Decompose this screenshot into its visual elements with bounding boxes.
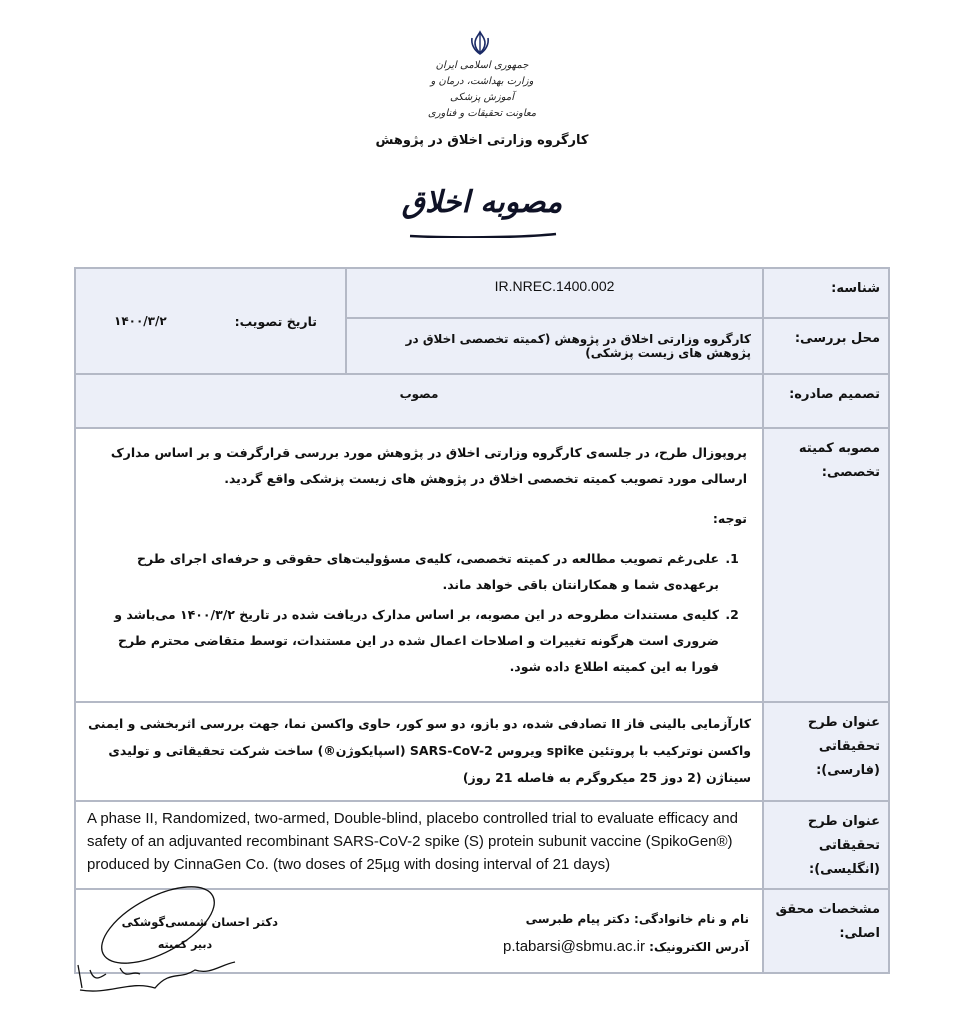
ministry-name: جمهوری اسلامی ایران وزارت بهداشت، درمان …	[420, 58, 544, 122]
approval-id: IR.NREC.1400.002	[348, 270, 761, 294]
location-label: محل بررسی:	[763, 318, 889, 374]
approval-label: مصوبه کمیته تخصصی:	[763, 428, 889, 702]
ministry-line: معاونت تحقیقات و فناوری	[420, 106, 544, 122]
table-row-persian-title: عنوان طرح تحقیقاتی (فارسی): کارآزمایی با…	[75, 702, 889, 801]
approval-date-value: ۱۴۰۰/۳/۲	[114, 314, 167, 328]
persian-title-label: عنوان طرح تحقیقاتی (فارسی):	[763, 702, 889, 801]
location-cell: کارگروه وزارتی اخلاق در پژوهش (کمیته تخص…	[346, 318, 763, 374]
table-row-approval: مصوبه کمیته تخصصی: پروپوزال طرح، در جلسه…	[75, 428, 889, 702]
decision-value: مصوب	[77, 376, 761, 401]
persian-title-cell: کارآزمایی بالینی فاز II تصادفی شده، دو ب…	[75, 702, 763, 801]
note-item: علی‌رغم تصویب مطالعه در کمیته تخصصی، کلی…	[91, 546, 721, 598]
investigator-label: مشخصات محقق اصلی:	[763, 889, 889, 973]
review-location: کارگروه وزارتی اخلاق در پژوهش (کمیته تخص…	[348, 320, 761, 360]
signature-icon	[60, 870, 260, 1000]
id-cell: IR.NREC.1400.002	[346, 268, 763, 318]
investigator-email[interactable]: p.tabarsi@sbmu.ac.ir	[503, 938, 645, 955]
signatory-name: دکتر احسان شمسی‌گوشکی	[118, 915, 278, 929]
english-title-label: عنوان طرح تحقیقاتی (انگلیسی):	[763, 801, 889, 889]
signature-block: دکتر احسان شمسی‌گوشکی دبیر کمیته	[60, 870, 260, 1000]
iran-emblem-icon	[468, 30, 492, 56]
note-label: توجه:	[91, 506, 747, 532]
document-title: مصوبه اخلاق	[0, 185, 964, 220]
notes-list: علی‌رغم تصویب مطالعه در کمیته تخصصی، کلی…	[91, 546, 747, 680]
title-flourish	[408, 232, 558, 238]
investigator-name: دکتر پیام طبرسی	[526, 912, 630, 926]
table-row-decision: تصمیم صادره: مصوب	[75, 374, 889, 428]
workgroup-heading: کارگروه وزارتی اخلاق در پژوهش	[0, 133, 964, 148]
approval-paragraph: پروپوزال طرح، در جلسه‌ی کارگروه وزارتی ا…	[91, 440, 747, 492]
investigator-name-label: نام و نام خانوادگی:	[634, 912, 749, 926]
decision-cell: مصوب	[75, 374, 763, 428]
persian-title: کارآزمایی بالینی فاز II تصادفی شده، دو ب…	[77, 704, 761, 799]
ministry-line: جمهوری اسلامی ایران	[420, 58, 544, 74]
approval-cell: پروپوزال طرح، در جلسه‌ی کارگروه وزارتی ا…	[75, 428, 763, 702]
letterhead: جمهوری اسلامی ایران وزارت بهداشت، درمان …	[0, 0, 964, 260]
ethics-approval-table: شناسه: IR.NREC.1400.002 تاریخ تصویب: ۱۴۰…	[74, 267, 890, 974]
investigator-email-label: آدرس الکترونیک:	[649, 940, 749, 954]
note-item: کلیه‌ی مستندات مطروحه در این مصوبه، بر ا…	[91, 602, 721, 680]
decision-label: تصمیم صادره:	[763, 374, 889, 428]
approval-date-label: تاریخ تصویب:	[235, 314, 317, 329]
id-label: شناسه:	[763, 268, 889, 318]
ministry-line: وزارت بهداشت، درمان و آموزش پزشکی	[420, 74, 544, 106]
signatory-role: دبیر کمیته	[140, 938, 230, 951]
approval-date-cell: تاریخ تصویب: ۱۴۰۰/۳/۲	[75, 268, 346, 374]
table-row-id: شناسه: IR.NREC.1400.002 تاریخ تصویب: ۱۴۰…	[75, 268, 889, 318]
